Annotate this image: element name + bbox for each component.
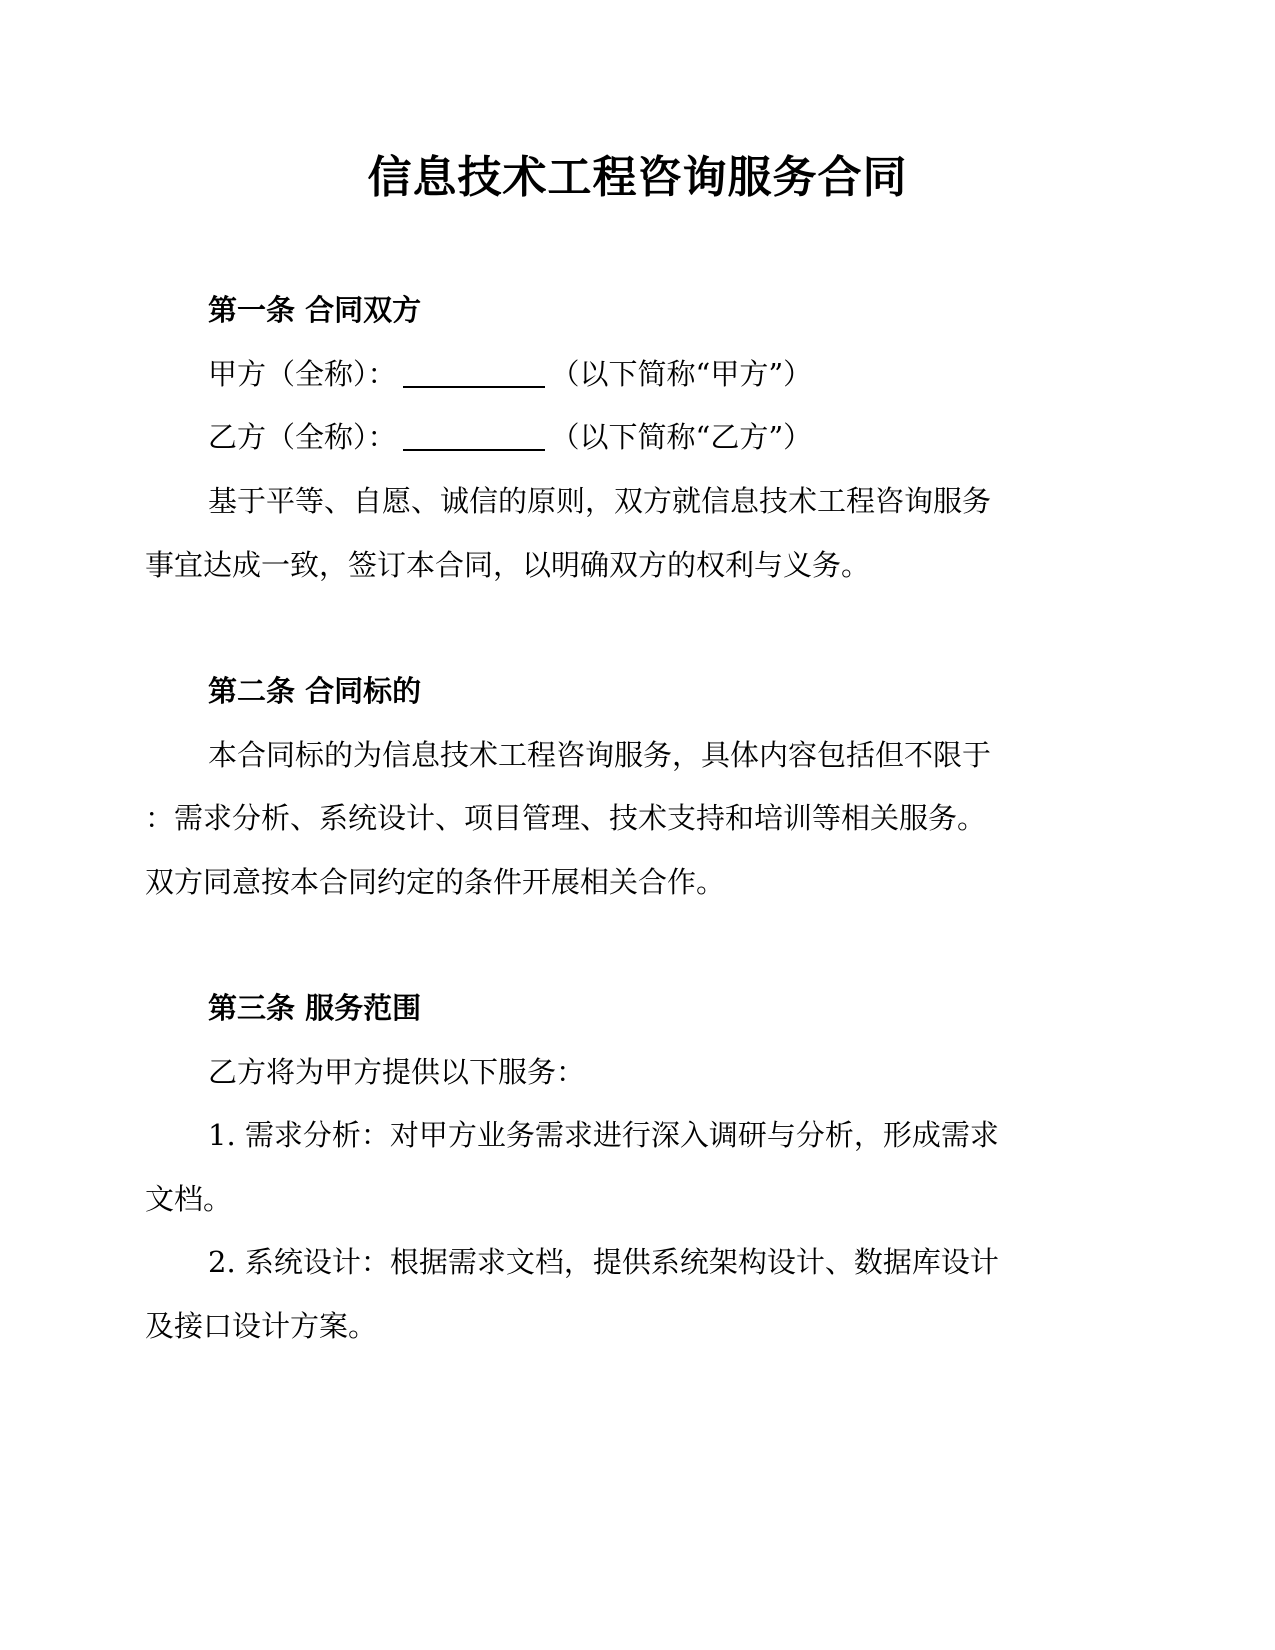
party-b-line: 乙方（全称）：（以下简称“乙方”） — [208, 417, 812, 457]
service-item-2-line-2: 及接口设计方案。 — [145, 1306, 377, 1346]
party-a-name-blank[interactable] — [403, 356, 545, 388]
section-3-intro: 乙方将为甲方提供以下服务： — [208, 1052, 585, 1092]
party-a-label: 甲方（全称）： — [208, 357, 397, 391]
service-item-1-line-1: 1. 需求分析：对甲方业务需求进行深入调研与分析，形成需求 — [208, 1115, 999, 1155]
section-1-heading: 第一条 合同双方 — [208, 290, 421, 330]
section-3-heading: 第三条 服务范围 — [208, 988, 421, 1028]
document-title: 信息技术工程咨询服务合同 — [0, 148, 1275, 208]
section-2-paragraph-line-1: 本合同标的为信息技术工程咨询服务，具体内容包括但不限于 — [208, 735, 991, 775]
document-page: 信息技术工程咨询服务合同 第一条 合同双方 甲方（全称）：（以下简称“甲方”） … — [0, 0, 1275, 1650]
section-2-heading: 第二条 合同标的 — [208, 671, 421, 711]
party-b-name-blank[interactable] — [403, 419, 545, 451]
service-item-1-line-2: 文档。 — [145, 1179, 232, 1219]
section-2-paragraph-line-2: ：需求分析、系统设计、项目管理、技术支持和培训等相关服务。 — [145, 798, 986, 838]
party-b-suffix: （以下简称“乙方”） — [551, 420, 813, 454]
party-a-line: 甲方（全称）：（以下简称“甲方”） — [208, 354, 812, 394]
party-b-label: 乙方（全称）： — [208, 420, 397, 454]
section-1-paragraph-line-1: 基于平等、自愿、诚信的原则，双方就信息技术工程咨询服务 — [208, 481, 991, 521]
section-1-paragraph-line-2: 事宜达成一致，签订本合同，以明确双方的权利与义务。 — [145, 545, 870, 585]
party-a-suffix: （以下简称“甲方”） — [551, 357, 813, 391]
service-item-2-line-1: 2. 系统设计：根据需求文档，提供系统架构设计、数据库设计 — [208, 1242, 999, 1282]
section-2-paragraph-line-3: 双方同意按本合同约定的条件开展相关合作。 — [145, 862, 725, 902]
